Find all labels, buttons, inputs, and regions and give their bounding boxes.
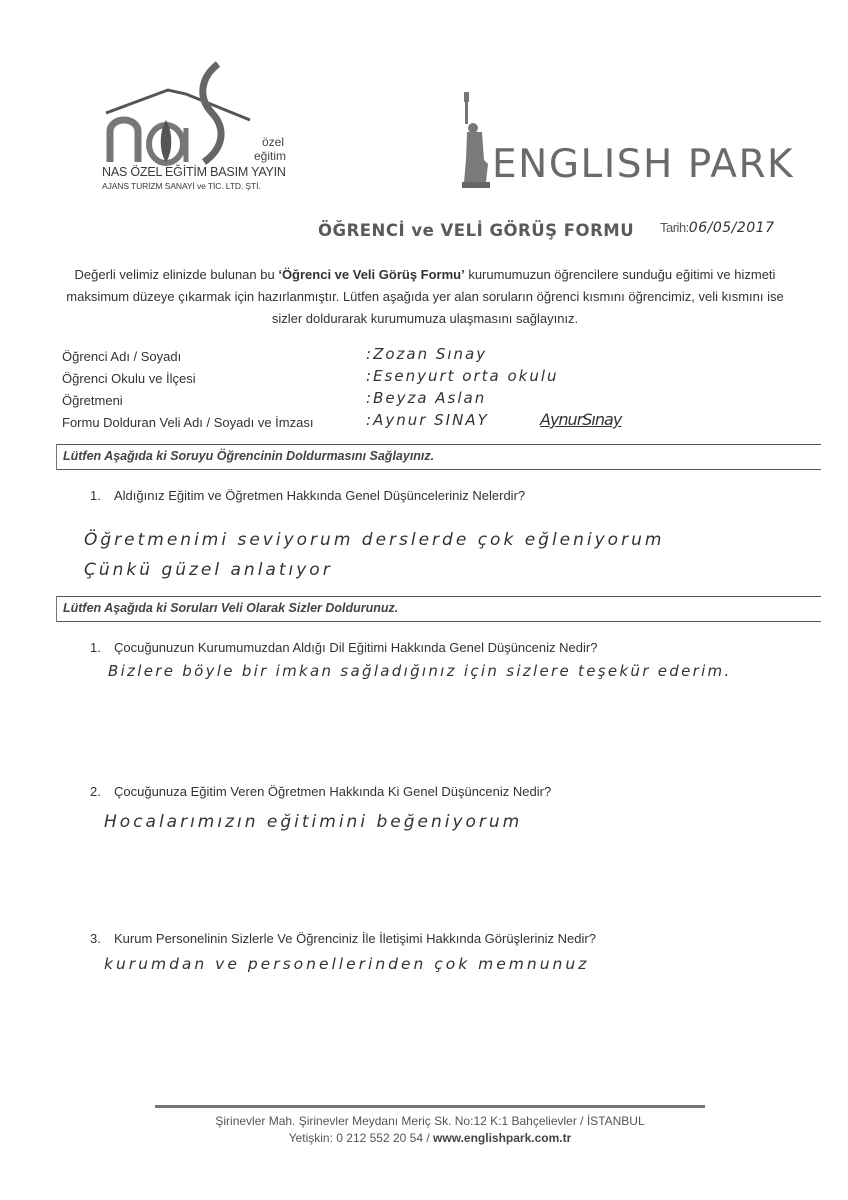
- question-number: 2.: [90, 784, 114, 799]
- field-label-parent: Formu Dolduran Veli Adı / Soyadı ve İmza…: [62, 415, 313, 430]
- parent-section-header: Lütfen Aşağıda ki Soruları Veli Olarak S…: [56, 596, 821, 622]
- intro-paragraph: Değerli velimiz elinizde bulunan bu ‘Öğr…: [60, 264, 790, 330]
- field-value: Esenyurt orta okulu: [373, 367, 558, 385]
- nas-company-subtitle: AJANS TURİZM SANAYİ ve TİC. LTD. ŞTİ.: [102, 181, 261, 191]
- field-label-student-name: Öğrenci Adı / Soyadı: [62, 349, 181, 364]
- field-value: Aynur SINAY: [373, 411, 489, 429]
- student-section-heading: Lütfen Aşağıda ki Soruyu Öğrencinin Dold…: [63, 449, 434, 463]
- parent-answer-3[interactable]: kurumdan ve personellerinden çok memnunu…: [104, 955, 589, 973]
- footer-website-link[interactable]: www.englishpark.com.tr: [433, 1131, 571, 1145]
- student-section-header: Lütfen Aşağıda ki Soruyu Öğrencinin Dold…: [56, 444, 821, 470]
- field-parent[interactable]: :Aynur SINAY: [366, 411, 489, 429]
- form-title: ÖĞRENCİ ve VELİ GÖRÜŞ FORMU: [318, 221, 634, 240]
- field-student-name[interactable]: :Zozan Sınay: [366, 345, 487, 363]
- question-text: Aldığınız Eğitim ve Öğretmen Hakkında Ge…: [114, 488, 525, 503]
- question-text: Çocuğunuza Eğitim Veren Öğretmen Hakkınd…: [114, 784, 551, 799]
- field-value: Zozan Sınay: [373, 345, 487, 363]
- parent-answer-2[interactable]: Hocalarımızın eğitimini beğeniyorum: [104, 812, 522, 832]
- parent-question-3: 3.Kurum Personelinin Sizlerle Ve Öğrenci…: [90, 931, 596, 946]
- question-text: Kurum Personelinin Sizlerle Ve Öğrencini…: [114, 931, 596, 946]
- intro-text-1: Değerli velimiz elinizde bulunan bu: [75, 267, 279, 282]
- question-text: Çocuğunuzun Kurumumuzdan Aldığı Dil Eğit…: [114, 640, 597, 655]
- footer-contact: Yetişkin: 0 212 552 20 54 / www.englishp…: [155, 1131, 705, 1145]
- parent-question-1: 1.Çocuğunuzun Kurumumuzdan Aldığı Dil Eğ…: [90, 640, 597, 655]
- student-answer-1-line-1[interactable]: Öğretmenimi seviyorum derslerde çok eğle…: [84, 530, 664, 550]
- field-school[interactable]: :Esenyurt orta okulu: [366, 367, 559, 385]
- brand-name: ENGLISH PARK: [492, 142, 794, 187]
- nas-ozel-text: özel: [262, 135, 284, 149]
- parent-answer-1[interactable]: Bizlere böyle bir imkan sağladığınız içi…: [108, 662, 732, 680]
- footer-phone: Yetişkin: 0 212 552 20 54 /: [289, 1131, 433, 1145]
- date-value: 06/05/2017: [689, 220, 775, 236]
- field-label-school: Öğrenci Okulu ve İlçesi: [62, 371, 196, 386]
- intro-form-name: ‘Öğrenci ve Veli Görüş Formu’: [278, 267, 464, 282]
- field-teacher[interactable]: :Beyza Aslan: [366, 389, 486, 407]
- date-label: Tarih:: [660, 220, 689, 235]
- parent-section-heading: Lütfen Aşağıda ki Soruları Veli Olarak S…: [63, 601, 398, 615]
- student-question-1: 1.Aldığınız Eğitim ve Öğretmen Hakkında …: [90, 488, 525, 503]
- question-number: 1.: [90, 488, 114, 503]
- question-number: 3.: [90, 931, 114, 946]
- student-answer-1-line-2[interactable]: Çünkü güzel anlatıyor: [84, 560, 333, 580]
- footer-divider: [155, 1105, 705, 1108]
- nas-logo: özel eğitim NAS ÖZEL EĞİTİM BASIM YAYIN …: [100, 58, 310, 198]
- nas-company-name: NAS ÖZEL EĞİTİM BASIM YAYIN: [102, 165, 286, 179]
- field-value: Beyza Aslan: [373, 389, 486, 407]
- english-park-logo: ENGLISH PARK: [458, 90, 798, 190]
- date-field[interactable]: Tarih:06/05/2017: [660, 220, 775, 236]
- parent-question-2: 2.Çocuğunuza Eğitim Veren Öğretmen Hakkı…: [90, 784, 551, 799]
- nas-egitim-text: eğitim: [254, 149, 286, 163]
- footer-address: Şirinevler Mah. Şirinevler Meydanı Meriç…: [155, 1114, 705, 1128]
- question-number: 1.: [90, 640, 114, 655]
- field-label-teacher: Öğretmeni: [62, 393, 123, 408]
- statue-of-liberty-icon: [458, 90, 492, 190]
- parent-signature: AynurSınay: [540, 410, 621, 429]
